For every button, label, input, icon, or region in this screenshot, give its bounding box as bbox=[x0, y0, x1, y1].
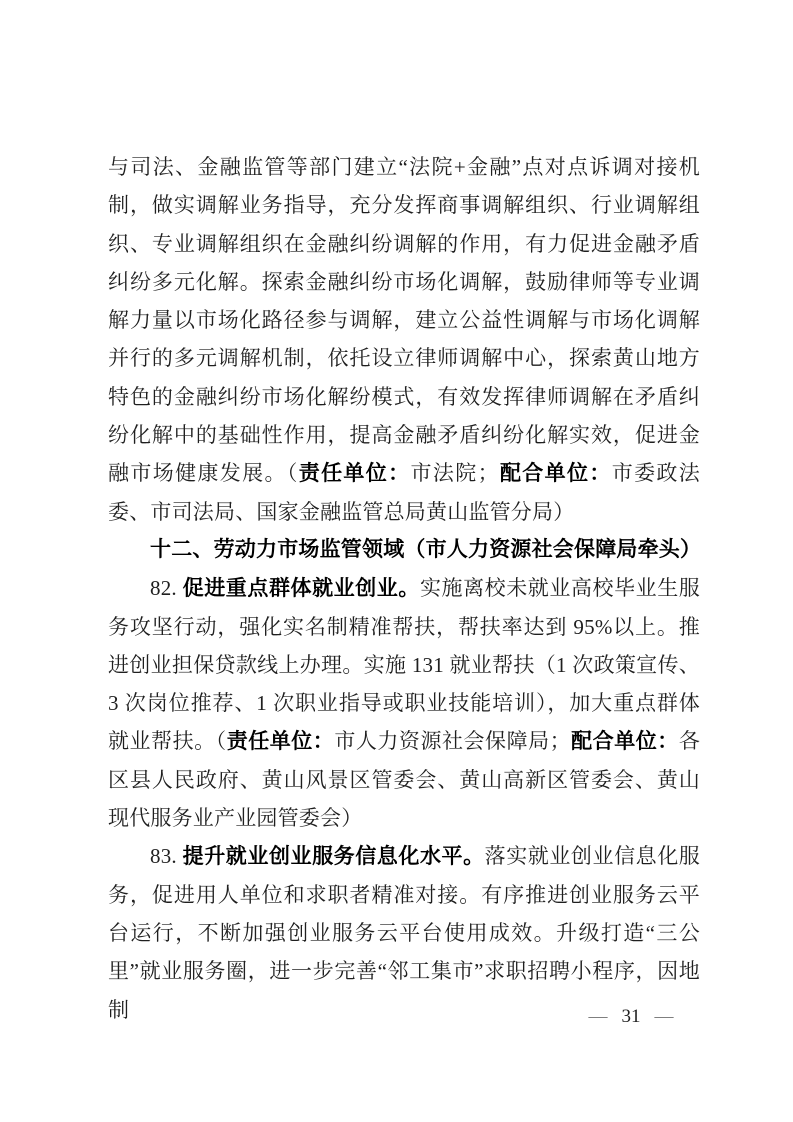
text-run: 十二、劳动力市场监管领域（市人力资源社会保障局牵头） bbox=[150, 538, 701, 561]
body-paragraph: 83. 提升就业创业服务信息化水平。落实就业创业信息化服务，促进用人单位和求职者… bbox=[108, 837, 700, 1028]
page-footer: —31— bbox=[556, 1004, 706, 1030]
text-run: 落实就业创业信息化服务，促进用人单位和求职者精准对接。有序推进创业服务云平台运行… bbox=[108, 844, 700, 1021]
text-run: 与司法、金融监管等部门建立“法院+金融”点对点诉调对接机制，做实调解业务指导，充… bbox=[108, 155, 700, 485]
body-paragraph: 与司法、金融监管等部门建立“法院+金融”点对点诉调对接机制，做实调解业务指导，充… bbox=[108, 148, 700, 531]
text-run: 83. bbox=[150, 844, 183, 868]
footer-dash-left: — bbox=[589, 1006, 608, 1027]
section-heading: 十二、劳动力市场监管领域（市人力资源社会保障局牵头） bbox=[108, 531, 700, 569]
text-run: 配合单位： bbox=[499, 461, 612, 485]
text-run: 促进重点群体就业创业。 bbox=[183, 576, 420, 600]
document-content: 与司法、金融监管等部门建立“法院+金融”点对点诉调对接机制，做实调解业务指导，充… bbox=[108, 148, 700, 1029]
text-run: 82. bbox=[150, 576, 183, 600]
text-run: 责任单位： bbox=[299, 461, 411, 485]
page-number: 31 bbox=[622, 1004, 641, 1030]
document-page: 与司法、金融监管等部门建立“法院+金融”点对点诉调对接机制，做实调解业务指导，充… bbox=[0, 0, 793, 1122]
text-run: 提升就业创业服务信息化水平。 bbox=[183, 844, 485, 868]
text-run: 市法院； bbox=[411, 461, 499, 485]
text-run: 责任单位： bbox=[227, 729, 335, 753]
text-run: 实施离校未就业高校毕业生服务攻坚行动，强化实名制精准帮扶，帮扶率达到 95%以上… bbox=[108, 576, 700, 753]
body-paragraph: 82. 促进重点群体就业创业。实施离校未就业高校毕业生服务攻坚行动，强化实名制精… bbox=[108, 569, 700, 837]
footer-dash-right: — bbox=[655, 1006, 674, 1027]
text-run: 配合单位： bbox=[571, 729, 679, 753]
text-run: 市人力资源社会保障局； bbox=[334, 729, 571, 753]
